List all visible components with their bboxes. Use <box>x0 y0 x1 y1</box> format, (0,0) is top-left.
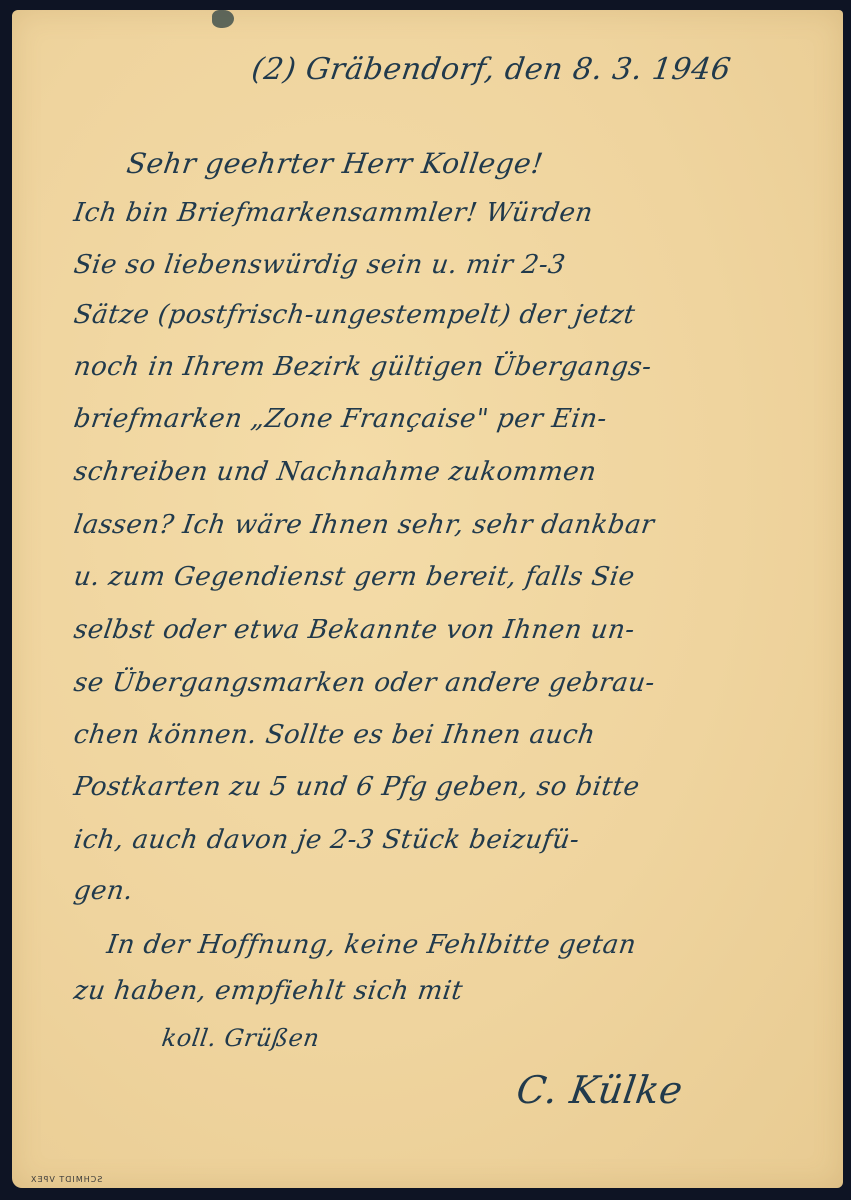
closing-line: In der Hoffnung, keine Fehlbitte getan <box>105 930 638 960</box>
scan-background: (2) Gräbendorf, den 8. 3. 1946 Sehr geeh… <box>0 0 851 1200</box>
body-line: schreiben und Nachnahme zukommen <box>72 457 599 487</box>
body-line: Sätze (postfrisch-ungestempelt) der jetz… <box>72 300 637 330</box>
signature: C. Külke <box>514 1068 686 1112</box>
body-line: lassen? Ich wäre Ihnen sehr, sehr dankba… <box>72 510 656 540</box>
printer-mark: SCHMIDT VPEX <box>30 1175 102 1184</box>
place-and-date: (2) Gräbendorf, den 8. 3. 1946 <box>250 52 734 87</box>
body-line: Sie so liebenswürdig sein u. mir 2-3 <box>72 250 568 280</box>
body-line: gen. <box>72 876 135 906</box>
body-line: chen können. Sollte es bei Ihnen auch <box>72 720 597 750</box>
body-line: ich, auch davon je 2-3 Stück beizufü- <box>72 825 582 855</box>
body-line: noch in Ihrem Bezirk gültigen Übergangs- <box>72 352 654 382</box>
body-line: Postkarten zu 5 und 6 Pfg geben, so bitt… <box>72 772 642 802</box>
body-line: selbst oder etwa Bekannte von Ihnen un- <box>72 615 637 645</box>
body-line: u. zum Gegendienst gern bereit, falls Si… <box>72 562 637 592</box>
ink-stain <box>212 10 234 28</box>
closing-line: zu haben, empfiehlt sich mit <box>72 976 465 1006</box>
postcard: (2) Gräbendorf, den 8. 3. 1946 Sehr geeh… <box>12 10 843 1188</box>
body-line: Ich bin Briefmarkensammler! Würden <box>72 198 595 228</box>
body-line: se Übergangsmarken oder andere gebrau- <box>72 668 657 698</box>
greeting: koll. Grüßen <box>160 1024 321 1052</box>
body-line: briefmarken „Zone Française" per Ein- <box>72 404 609 434</box>
salutation: Sehr geehrter Herr Kollege! <box>125 147 546 180</box>
